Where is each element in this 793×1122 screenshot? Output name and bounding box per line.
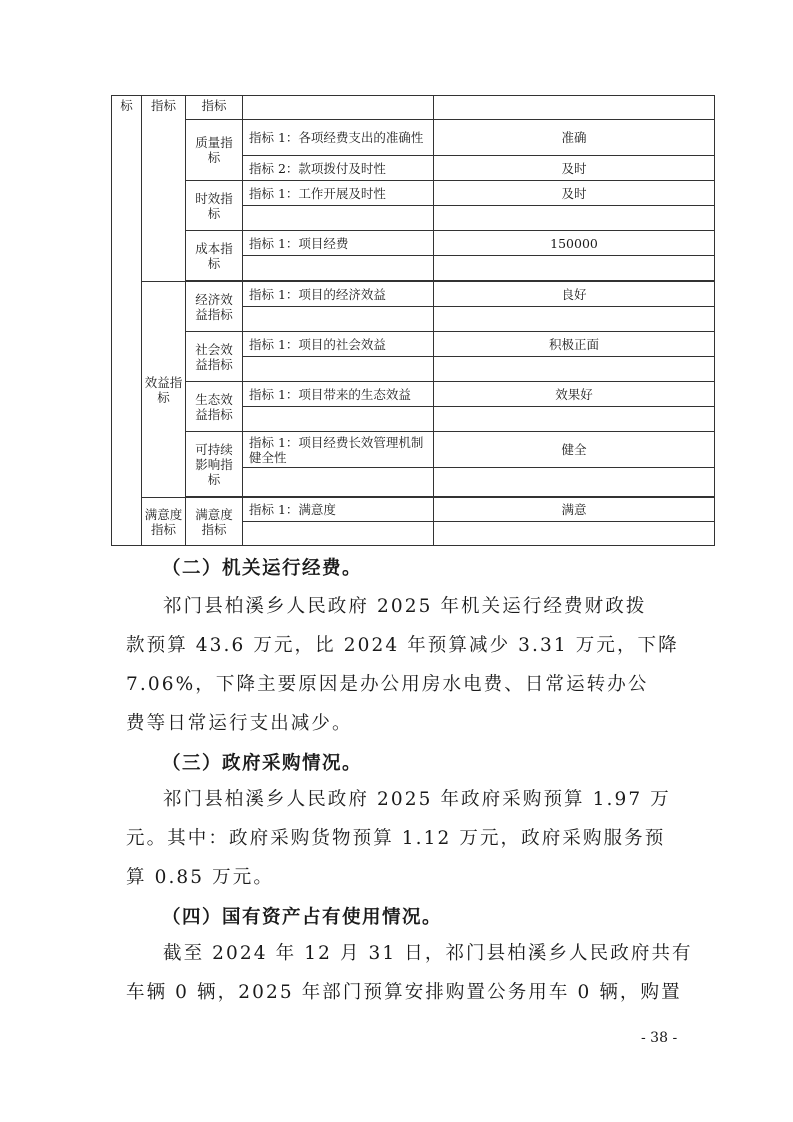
value-cell: 效果好 <box>434 382 715 407</box>
text-line: 7.06%，下降主要原因是办公用房水电费、日常运转办公 <box>126 665 716 704</box>
indicator-cell: 指标 1：项目的社会效益 <box>243 332 434 357</box>
group-label-social: 社会效益指标 <box>186 332 243 382</box>
indicator-cell: 指标 1：工作开展及时性 <box>243 181 434 206</box>
indicator-cell <box>243 357 434 382</box>
indicator-cell: 指标 1：各项经费支出的准确性 <box>243 120 434 156</box>
indicator-cell: 指标 1：满意度 <box>243 498 434 522</box>
value-cell <box>434 307 715 332</box>
level2-benefit-cell: 效益指标 <box>142 282 186 498</box>
group-label-timeliness: 时效指标 <box>186 181 243 231</box>
value-cell: 健全 <box>434 432 715 468</box>
performance-indicator-table: 标 指标 指标 质量指标 指标 1：各项经费支出的准确性 准确 指标 2：款项拨… <box>111 95 715 546</box>
value-cell: 积极正面 <box>434 332 715 357</box>
value-cell: 及时 <box>434 156 715 181</box>
paragraph-operating-costs: 祁门县柏溪乡人民政府 2025 年机关运行经费财政拨 款预算 43.6 万元，比… <box>126 587 716 743</box>
indicator-cell <box>243 206 434 231</box>
indicator-cell: 指标 1：项目经费长效管理机制健全性 <box>243 432 434 468</box>
level1-cell: 标 <box>112 96 142 546</box>
section-heading-state-assets: （四）国有资产占有使用情况。 <box>162 903 442 929</box>
text-line: 祁门县柏溪乡人民政府 2025 年政府采购预算 1.97 万 <box>126 780 716 819</box>
value-cell <box>434 96 715 120</box>
indicator-cell <box>243 522 434 546</box>
text-line: 算 0.85 万元。 <box>126 858 716 897</box>
paragraph-procurement: 祁门县柏溪乡人民政府 2025 年政府采购预算 1.97 万 元。其中：政府采购… <box>126 780 716 897</box>
section-heading-operating-costs: （二）机关运行经费。 <box>162 554 362 580</box>
text-line: 费等日常运行支出减少。 <box>126 704 716 743</box>
value-cell: 准确 <box>434 120 715 156</box>
value-cell: 满意 <box>434 498 715 522</box>
indicator-cell: 指标 1：项目带来的生态效益 <box>243 382 434 407</box>
group-label-sustainable: 可持续影响指标 <box>186 432 243 497</box>
indicator-cell <box>243 307 434 332</box>
value-cell <box>434 256 715 281</box>
value-cell <box>434 468 715 497</box>
page-number: - 38 - <box>641 1030 677 1046</box>
text-line: 款预算 43.6 万元，比 2024 年预算减少 3.31 万元，下降 <box>126 626 716 665</box>
group-label-economic: 经济效益指标 <box>186 282 243 332</box>
value-cell <box>434 522 715 546</box>
text-line: 祁门县柏溪乡人民政府 2025 年机关运行经费财政拨 <box>126 587 716 626</box>
level3-cell: 指标 <box>186 96 243 120</box>
group-label-cost: 成本指标 <box>186 231 243 281</box>
text-line: 元。其中：政府采购货物预算 1.12 万元，政府采购服务预 <box>126 819 716 858</box>
value-cell: 及时 <box>434 181 715 206</box>
indicator-cell: 指标 1：项目经费 <box>243 231 434 256</box>
group-label-satisfaction: 满意度指标 <box>186 498 243 546</box>
indicator-cell <box>243 407 434 432</box>
value-cell <box>434 357 715 382</box>
value-cell: 150000 <box>434 231 715 256</box>
indicator-cell <box>243 96 434 120</box>
indicator-cell: 指标 2：款项拨付及时性 <box>243 156 434 181</box>
group-label-quality: 质量指标 <box>186 120 243 181</box>
text-line: 截至 2024 年 12 月 31 日，祁门县柏溪乡人民政府共有 <box>126 934 716 973</box>
value-cell <box>434 206 715 231</box>
text-line: 车辆 0 辆，2025 年部门预算安排购置公务用车 0 辆，购置 <box>126 973 716 1012</box>
value-cell: 良好 <box>434 282 715 307</box>
indicator-cell <box>243 256 434 281</box>
level2-satisfaction-cell: 满意度指标 <box>142 498 186 546</box>
indicator-cell <box>243 468 434 497</box>
group-label-ecological: 生态效益指标 <box>186 382 243 432</box>
value-cell <box>434 407 715 432</box>
paragraph-state-assets: 截至 2024 年 12 月 31 日，祁门县柏溪乡人民政府共有 车辆 0 辆，… <box>126 934 716 1012</box>
level2-output-cell: 指标 <box>142 96 186 282</box>
indicator-cell: 指标 1：项目的经济效益 <box>243 282 434 307</box>
section-heading-procurement: （三）政府采购情况。 <box>162 749 362 775</box>
